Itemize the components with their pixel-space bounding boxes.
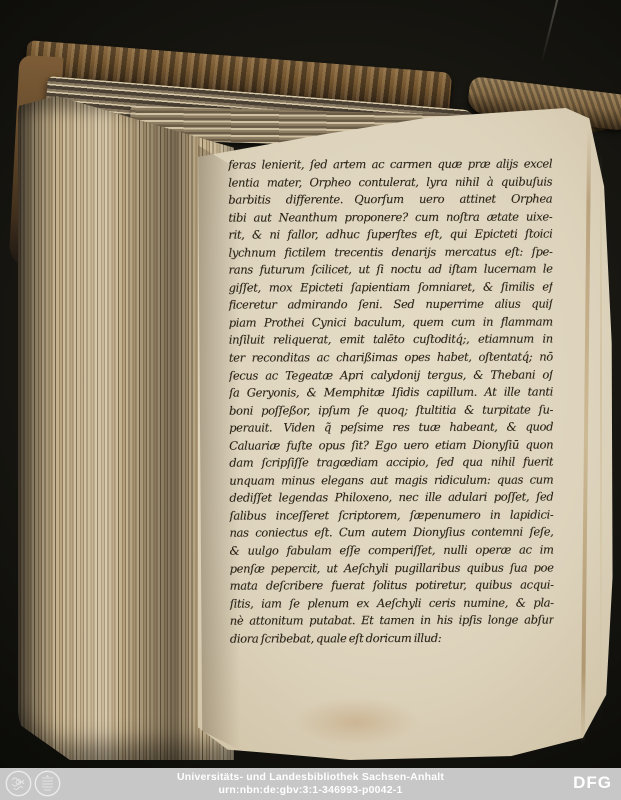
library-banner: Universitäts- und Landesbibliothek Sachs… (0, 768, 621, 800)
latin-text-block: feras lenierit, ſed artem ac carmen quæ … (228, 155, 554, 647)
text-line: mata deſcribere fuerat ſolitus potiretur… (230, 577, 554, 596)
dfg-logo: DFG (573, 773, 612, 793)
page-stain (268, 688, 444, 756)
text-line: Caluariæ fuſte opus ſit? Ego uero etiam … (229, 436, 553, 455)
text-line: piam Prothei Cynici baculum, quem cum in… (229, 313, 553, 332)
text-line: ter reconditas ac charißimas opes habet,… (229, 348, 553, 367)
book-photograph: feras lenierit, ſed artem ac carmen quæ … (0, 0, 621, 768)
text-line: barbitis differente. Quorſum uero attine… (228, 191, 552, 210)
text-line: & uulgo fabulam eſſe comperiſſet, nulli … (229, 541, 553, 560)
text-line: feras lenierit, ſed artem ac carmen quæ … (228, 155, 552, 174)
text-line: nas coniectus eſt. Cum autem Dionyſius c… (229, 524, 553, 543)
text-line: boni poſſeßor, ipſum ſe quoq; ſtultitia … (229, 401, 553, 420)
text-line: penſæ pepercit, ut Aeſchyli pugillaribus… (230, 559, 554, 578)
text-line: perauit. Viden q̃ peſsime res tuæ habean… (229, 419, 553, 438)
text-line: ficeretur admirando ſeni. Sed nuperrime … (229, 296, 553, 315)
text-line: nè attonitum putabat. Et tamen in his ip… (230, 612, 554, 631)
text-line: lychnum fictilem trecentis denarijs merc… (228, 243, 552, 262)
text-line: diora ſcribebat, quale eſt doricum illud… (230, 629, 554, 648)
text-line: rit, & ni fallor, adhuc ſuperſtes eſt, q… (228, 226, 552, 245)
background-scratch (541, 0, 560, 63)
text-line: tibi aut Neanthum proponere? cum noſtra … (228, 208, 552, 227)
urn-identifier: urn:nbn:de:gbv:3:1-346993-p0042-1 (0, 784, 621, 797)
page-edge-line (600, 150, 602, 720)
text-line: dam ſcripſiſſe tragœdiam accipio, ſed qu… (229, 454, 553, 473)
text-line: inſiluit reliquerat, emit talēto cuſtodi… (229, 331, 553, 350)
text-line: lentia mater, Orpheo contulerat, lyra ni… (228, 173, 552, 192)
text-line: ſecus ac Tegeatæ Apri calydonij tergus, … (229, 366, 553, 385)
text-line: ſitis, iam ſe plenum ex Aeſchyli ceris n… (230, 594, 554, 613)
text-line: ſalibus inceſſeret ſcriptorem, ſæpenumer… (229, 506, 553, 525)
text-line: dediſſet legendas Philoxeno, nec ille ad… (229, 489, 553, 508)
library-name: Universitäts- und Landesbibliothek Sachs… (0, 771, 621, 784)
text-line: unquam minus elegans aut magis ridiculum… (229, 471, 553, 490)
text-line: rans futurum ſcilicet, ut ſi noctu ad iſ… (229, 261, 553, 280)
text-line: ſa Geryonis, & Memphitæ Iſidis capillum.… (229, 384, 553, 403)
text-line: giſſet, mox Epicteti ſapientiam ſomniare… (229, 278, 553, 297)
banner-text: Universitäts- und Landesbibliothek Sachs… (0, 771, 621, 797)
